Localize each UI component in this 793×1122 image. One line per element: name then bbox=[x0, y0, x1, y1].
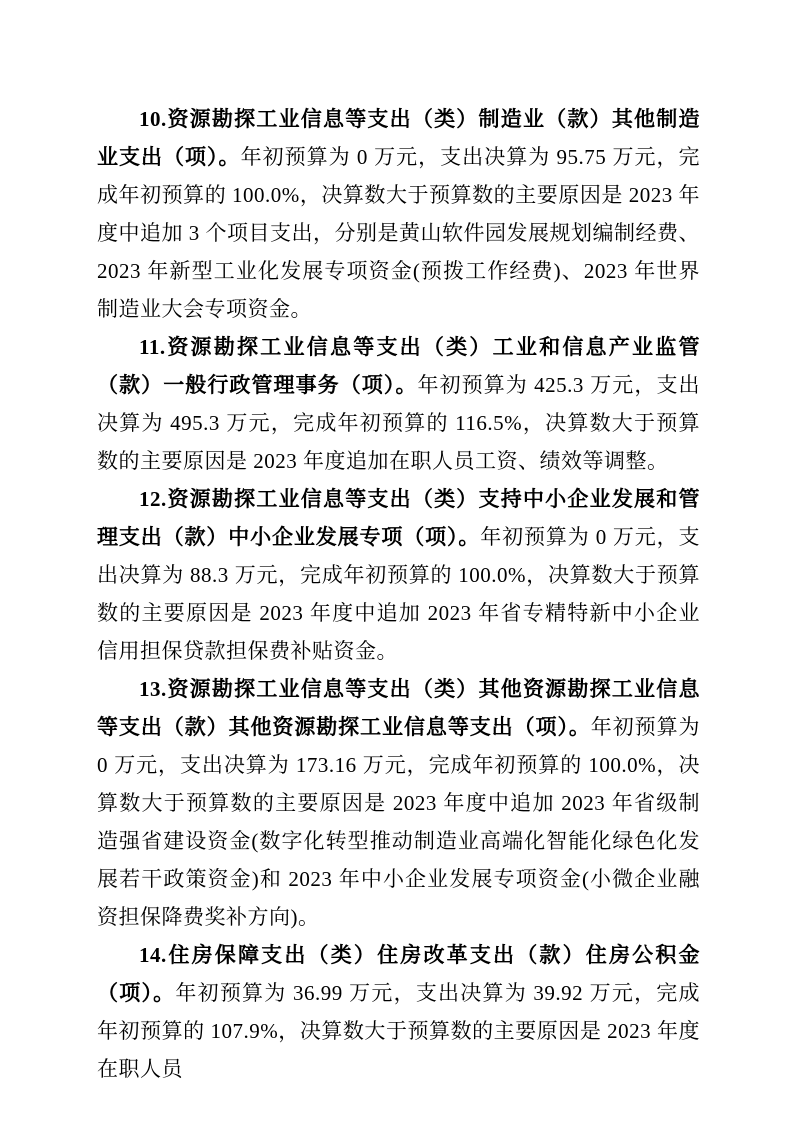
paragraph-item-12: 12.资源勘探工业信息等支出（类）支持中小企业发展和管理支出（款）中小企业发展专… bbox=[97, 480, 700, 670]
paragraph-item-14: 14.住房保障支出（类）住房改革支出（款）住房公积金（项）。年初预算为 36.9… bbox=[97, 936, 700, 1088]
paragraph-item-11: 11.资源勘探工业信息等支出（类）工业和信息产业监管（款）一般行政管理事务（项）… bbox=[97, 328, 700, 480]
paragraph-item-10: 10.资源勘探工业信息等支出（类）制造业（款）其他制造业支出（项）。年初预算为 … bbox=[97, 100, 700, 328]
paragraph-13-body: 年初预算为 0 万元，支出决算为 173.16 万元，完成年初预算的 100.0… bbox=[97, 715, 700, 929]
paragraph-10-body: 年初预算为 0 万元，支出决算为 95.75 万元，完成年初预算的 100.0%… bbox=[97, 145, 700, 321]
document-page: 10.资源勘探工业信息等支出（类）制造业（款）其他制造业支出（项）。年初预算为 … bbox=[0, 0, 793, 1122]
paragraph-item-13: 13.资源勘探工业信息等支出（类）其他资源勘探工业信息等支出（款）其他资源勘探工… bbox=[97, 670, 700, 936]
paragraph-14-body: 年初预算为 36.99 万元，支出决算为 39.92 万元，完成年初预算的 10… bbox=[97, 981, 700, 1081]
